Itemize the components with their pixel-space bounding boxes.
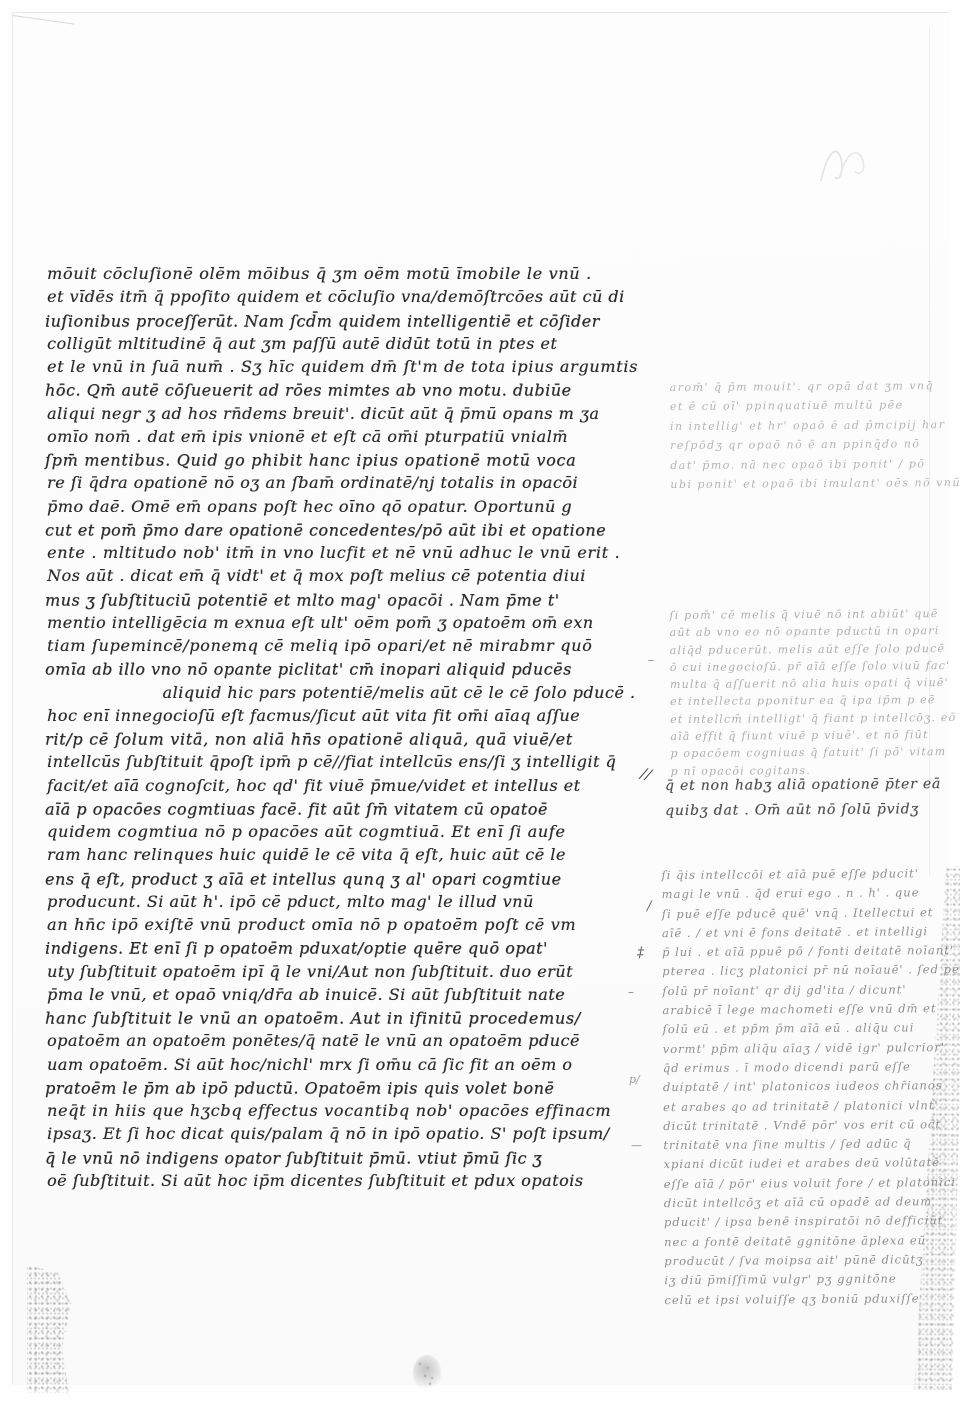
margin-note-line: ſi puē eſſe pducē quē' vnq̄ . Itellectui… (662, 902, 960, 924)
text-line: pratoēm le p̄m ab ipō pductū. Opatoēm ip… (45, 1076, 661, 1099)
text-line: re ſi q̄dra opationē nō oʒ an ſbam̄ ordi… (47, 471, 663, 494)
text-line: oē ſubſtituit. Si aūt hoc ip̄m dicentes … (47, 1169, 663, 1192)
margin-note-line: xpiani dicūt iudei et arabes deū volūtat… (663, 1153, 960, 1175)
margin-note-middle-dark: q̄ et non habʒ aliā opationē p̄ter eāqui… (665, 772, 941, 824)
text-line: facit/et aīā cognoſcit, hoc qd' fit viuē… (47, 774, 663, 797)
text-line: Nos aūt . dicat em̄ q̄ vidt' et q̄ mox p… (47, 564, 663, 587)
text-line: hoc enī innegocioſū eſt facmus/ſicut aūt… (47, 704, 663, 727)
text-line: ſpm̄ mentibus. Quid go phibit hanc ipius… (45, 449, 661, 472)
margin-note-line: in intellig' et hr' opaō ē ad p̄mcipij h… (670, 415, 960, 437)
pencil-squiggle-mark (813, 137, 885, 199)
margin-note-line: ſi pom̄' cē melis q̄ viuē nō int abiūt' … (669, 605, 955, 624)
text-line: hōc. Qm̄ autē cōſueuerit ad rōes mimtes … (45, 379, 661, 402)
text-line: aliqui negr ʒ ad hos rn̄dems breuit'. di… (47, 402, 663, 425)
margin-note-line: duiptatē / int' platonicos iudeos chr̄ia… (663, 1076, 960, 1098)
text-line: producunt. Si aūt h'. ipō cē pduct, mlto… (47, 890, 663, 913)
text-line: quidem cogmtiua nō p opacōes aūt cogmtiu… (47, 820, 663, 843)
text-line: mus ʒ ſubſtituciū potentiē et mlto mag' … (45, 588, 661, 611)
margin-note-line: eſſe aīā / pōr' eius voluit fore / et pl… (664, 1173, 960, 1195)
margin-note-line: ſolū pr̄ noīant' qr dij gd'ita / dicunt' (662, 980, 960, 1002)
margin-note-line: ſi q̄is intellccōi et aīā puē eſſe pduci… (661, 864, 960, 886)
text-line: opatoēm an opatoēm ponētes/q̄ natē le vn… (47, 1029, 663, 1052)
binding-gutter-speckle (27, 1265, 71, 1393)
margin-note-line: p opacōem cogniuas q̄ fatuit' ſi pō' vit… (670, 743, 956, 762)
margin-note-top: arom̄' q̄ p̄m mouit'. qr opā dat ʒm vnq̄… (670, 376, 960, 495)
text-line: ens q̄ eſt, product ʒ aīā et intellus qu… (45, 867, 661, 890)
text-line: ram hanc relinques huic quidē le cē vita… (47, 843, 663, 866)
margin-note-line: quibʒ dat . Om̄ aūt nō ſolū p̄vidʒ (665, 797, 941, 824)
margin-note-line: dicūt trinitatē . Vndē pōr' vos erit cū … (663, 1115, 960, 1137)
margin-note-line: arom̄' q̄ p̄m mouit'. qr opā dat ʒm vnq̄ (670, 376, 960, 398)
gutter-long-dash-mark: — (631, 1139, 642, 1152)
text-line: uam opatoēm. Si aūt hoc/nichl' mrx ſi om… (47, 1053, 663, 1076)
margin-note-line: dat' p̄mo. nā nec opaō ibi ponit' / pō (670, 454, 960, 476)
margin-note-line: et ē cū oī' ppinquatiuē multū pēe (670, 395, 960, 417)
margin-note-line: q̄d erimus . ī modo dicendi parū eſſe (663, 1057, 960, 1079)
margin-note-line: magi le vnū . q̄d erui ego . n . h' . qu… (662, 883, 960, 905)
margin-note-line: et arabes qo ad trinitatē / platonici vl… (663, 1095, 960, 1117)
text-line: neq̄t in hiis que hʒcbq effectus vocanti… (47, 1099, 663, 1122)
text-line: uty ſubſtituit opatoēm ipī q̄ le vni/Aut… (47, 960, 663, 983)
gutter-p-slash-mark: p/ (629, 1073, 640, 1086)
manuscript-scan: mōuit cōcluſionē olēm mōibus q̄ ʒm oēm m… (0, 0, 960, 1418)
margin-note-line: trinitatē vna ſine multis / ſed adūc q̄ (663, 1134, 960, 1156)
manuscript-page: mōuit cōcluſionē olēm mōibus q̄ ʒm oēm m… (12, 12, 949, 1385)
margin-note-line: celū et ipsi voluiſſe qʒ boniū pduxiſſe (664, 1288, 960, 1310)
text-line: rit/p cē ſolum vitā, non aliā hn̄s opati… (45, 728, 661, 751)
text-line: colligūt mltitudinē q̄ aut ʒm paſſū autē… (47, 332, 663, 355)
margin-note-line: et intellcm̄ intelligt' q̄ fiant p intel… (670, 709, 956, 728)
ink-smudge (413, 1355, 441, 1391)
margin-note-line: ubi ponit' et opaō ibi imulant' oēs nō v… (670, 473, 960, 495)
margin-note-line: nec a fontē deitatē ggnitōne āplexa eū (664, 1231, 960, 1253)
text-line: mentio intelligēcia m exnua eſt ult' oēm… (47, 611, 663, 634)
gutter-dash-mark: – (648, 653, 654, 667)
margin-note-line: dicūt intellcōʒ et aīā cū opadē ad deum (664, 1192, 960, 1214)
margin-note-line: aūt ab vno eo nō opante pductū in opari (670, 622, 956, 641)
margin-note-middle-faint: ſi pom̄' cē melis q̄ viuē nō int abiūt' … (669, 605, 956, 780)
margin-note-line: reſpōdʒ qr opaō nō ē an ppinq̄do nō (670, 434, 960, 456)
margin-note-line: q̄ et non habʒ aliā opationē p̄ter eā (665, 772, 941, 799)
text-line: iuſionibus proceſſerūt. Nam ſcd̄m quidem… (45, 309, 661, 332)
text-line: tiam ſupemincē/ponemq cē meliq ipō opari… (47, 634, 663, 657)
margin-note-line: vormt' pp̄m aliq̄u aīaʒ / vidē igr' pulc… (663, 1038, 960, 1060)
text-line: aīā p opacōes cogmtiuas facē. fit aūt ſm… (45, 797, 661, 820)
text-line: et le vnū in ſuā num̄ . Sʒ hīc quidem dm… (47, 355, 663, 378)
margin-note-line: producūt / ſva moipsa ait' pūnē dicūtʒ (664, 1250, 960, 1272)
text-line: an hn̄c ipō exiſtē vnū product omīa nō p… (47, 913, 663, 936)
text-line: et vīdēs itm̄ q̄ ppoſito quidem et cōclu… (47, 285, 663, 308)
text-line: mōuit cōcluſionē olēm mōibus q̄ ʒm oēm m… (47, 262, 663, 285)
margin-note-line: pducit' / ipsa benē inspiratōi nō deffic… (664, 1211, 960, 1233)
gutter-cross-mark: ‡ (637, 945, 644, 961)
margin-note-line: ō cui inegocioſū. pr̄ aīā eſſe ſolo viuū… (670, 657, 956, 676)
gutter-slash-mark: / (647, 899, 651, 914)
text-line: intellcūs ſubſtituit q̄poſt ipm̄ p cē//f… (47, 750, 663, 773)
margin-note-line: p̄ lui . et aīā ppuē pō / fonti deitatē … (662, 941, 960, 963)
main-text-block: mōuit cōcluſionē olēm mōibus q̄ ʒm oēm m… (47, 262, 663, 1192)
margin-note-line: aīē . / et vni ē fons deitatē . et intel… (662, 922, 960, 944)
text-line: omīa ab illo vno nō opante piclitat' cm̄… (45, 658, 661, 681)
margin-note-bottom: ſi q̄is intellccōi et aīā puē eſſe pduci… (661, 864, 960, 1310)
margin-note-line: aīā effit q̄ fiunt viuē p viuē'. et nō f… (670, 726, 956, 745)
text-line: q̄ le vnū nō indigens opator ſubſtituit … (45, 1146, 661, 1169)
text-line: hanc ſubſtituit le vnū an opatoēm. Aut i… (45, 1007, 661, 1030)
margin-note-line: aliq̄d pducerūt. melis aūt eſſe ſolo pdu… (670, 640, 956, 659)
margin-note-line: pterea . licʒ platonici pr̄ nū noīauē' .… (662, 960, 960, 982)
corner-fold-line (13, 15, 75, 25)
text-line: p̄ma le vnū, et opaō vniq/dr̄a ab inuicē… (47, 983, 663, 1006)
margin-note-line: multa q̄ aſſuerit nō alia huis opati q̄ … (670, 674, 956, 693)
margin-note-line: et intellecta pponitur ea q̄ ipa ip̄m p … (670, 691, 956, 710)
margin-note-line: arabicē ī lege machometi eſſe vnū dm̄ et (662, 999, 960, 1021)
text-line: aliquid hic pars potentiē/melis aūt cē l… (47, 681, 663, 704)
text-line: omīo nom̄ . dat em̄ ipis vnionē et eſt c… (47, 425, 663, 448)
text-line: p̄mo daē. Omē em̄ opans poſt hec oīno qō… (47, 495, 663, 518)
text-line: ente . mltitudo nob' itm̄ in vno lucfit … (47, 541, 663, 564)
gutter-dash-low-mark: – (628, 985, 634, 999)
margin-note-line: iʒ diū p̄miſſimū vulgr' pʒ ggnitōne (664, 1269, 960, 1291)
text-line: cut et pom̄ p̄mo dare opationē concedent… (45, 518, 661, 541)
text-line: indigens. Et enī ſi p opatoēm pduxat/opt… (45, 937, 661, 960)
text-line: ipsaʒ. Et ſi hoc dicat quis/palam q̄ nō … (47, 1122, 663, 1145)
margin-note-line: ſolū eū . et pp̄m p̄m aīā eū . aliq̄u cu… (663, 1018, 960, 1040)
